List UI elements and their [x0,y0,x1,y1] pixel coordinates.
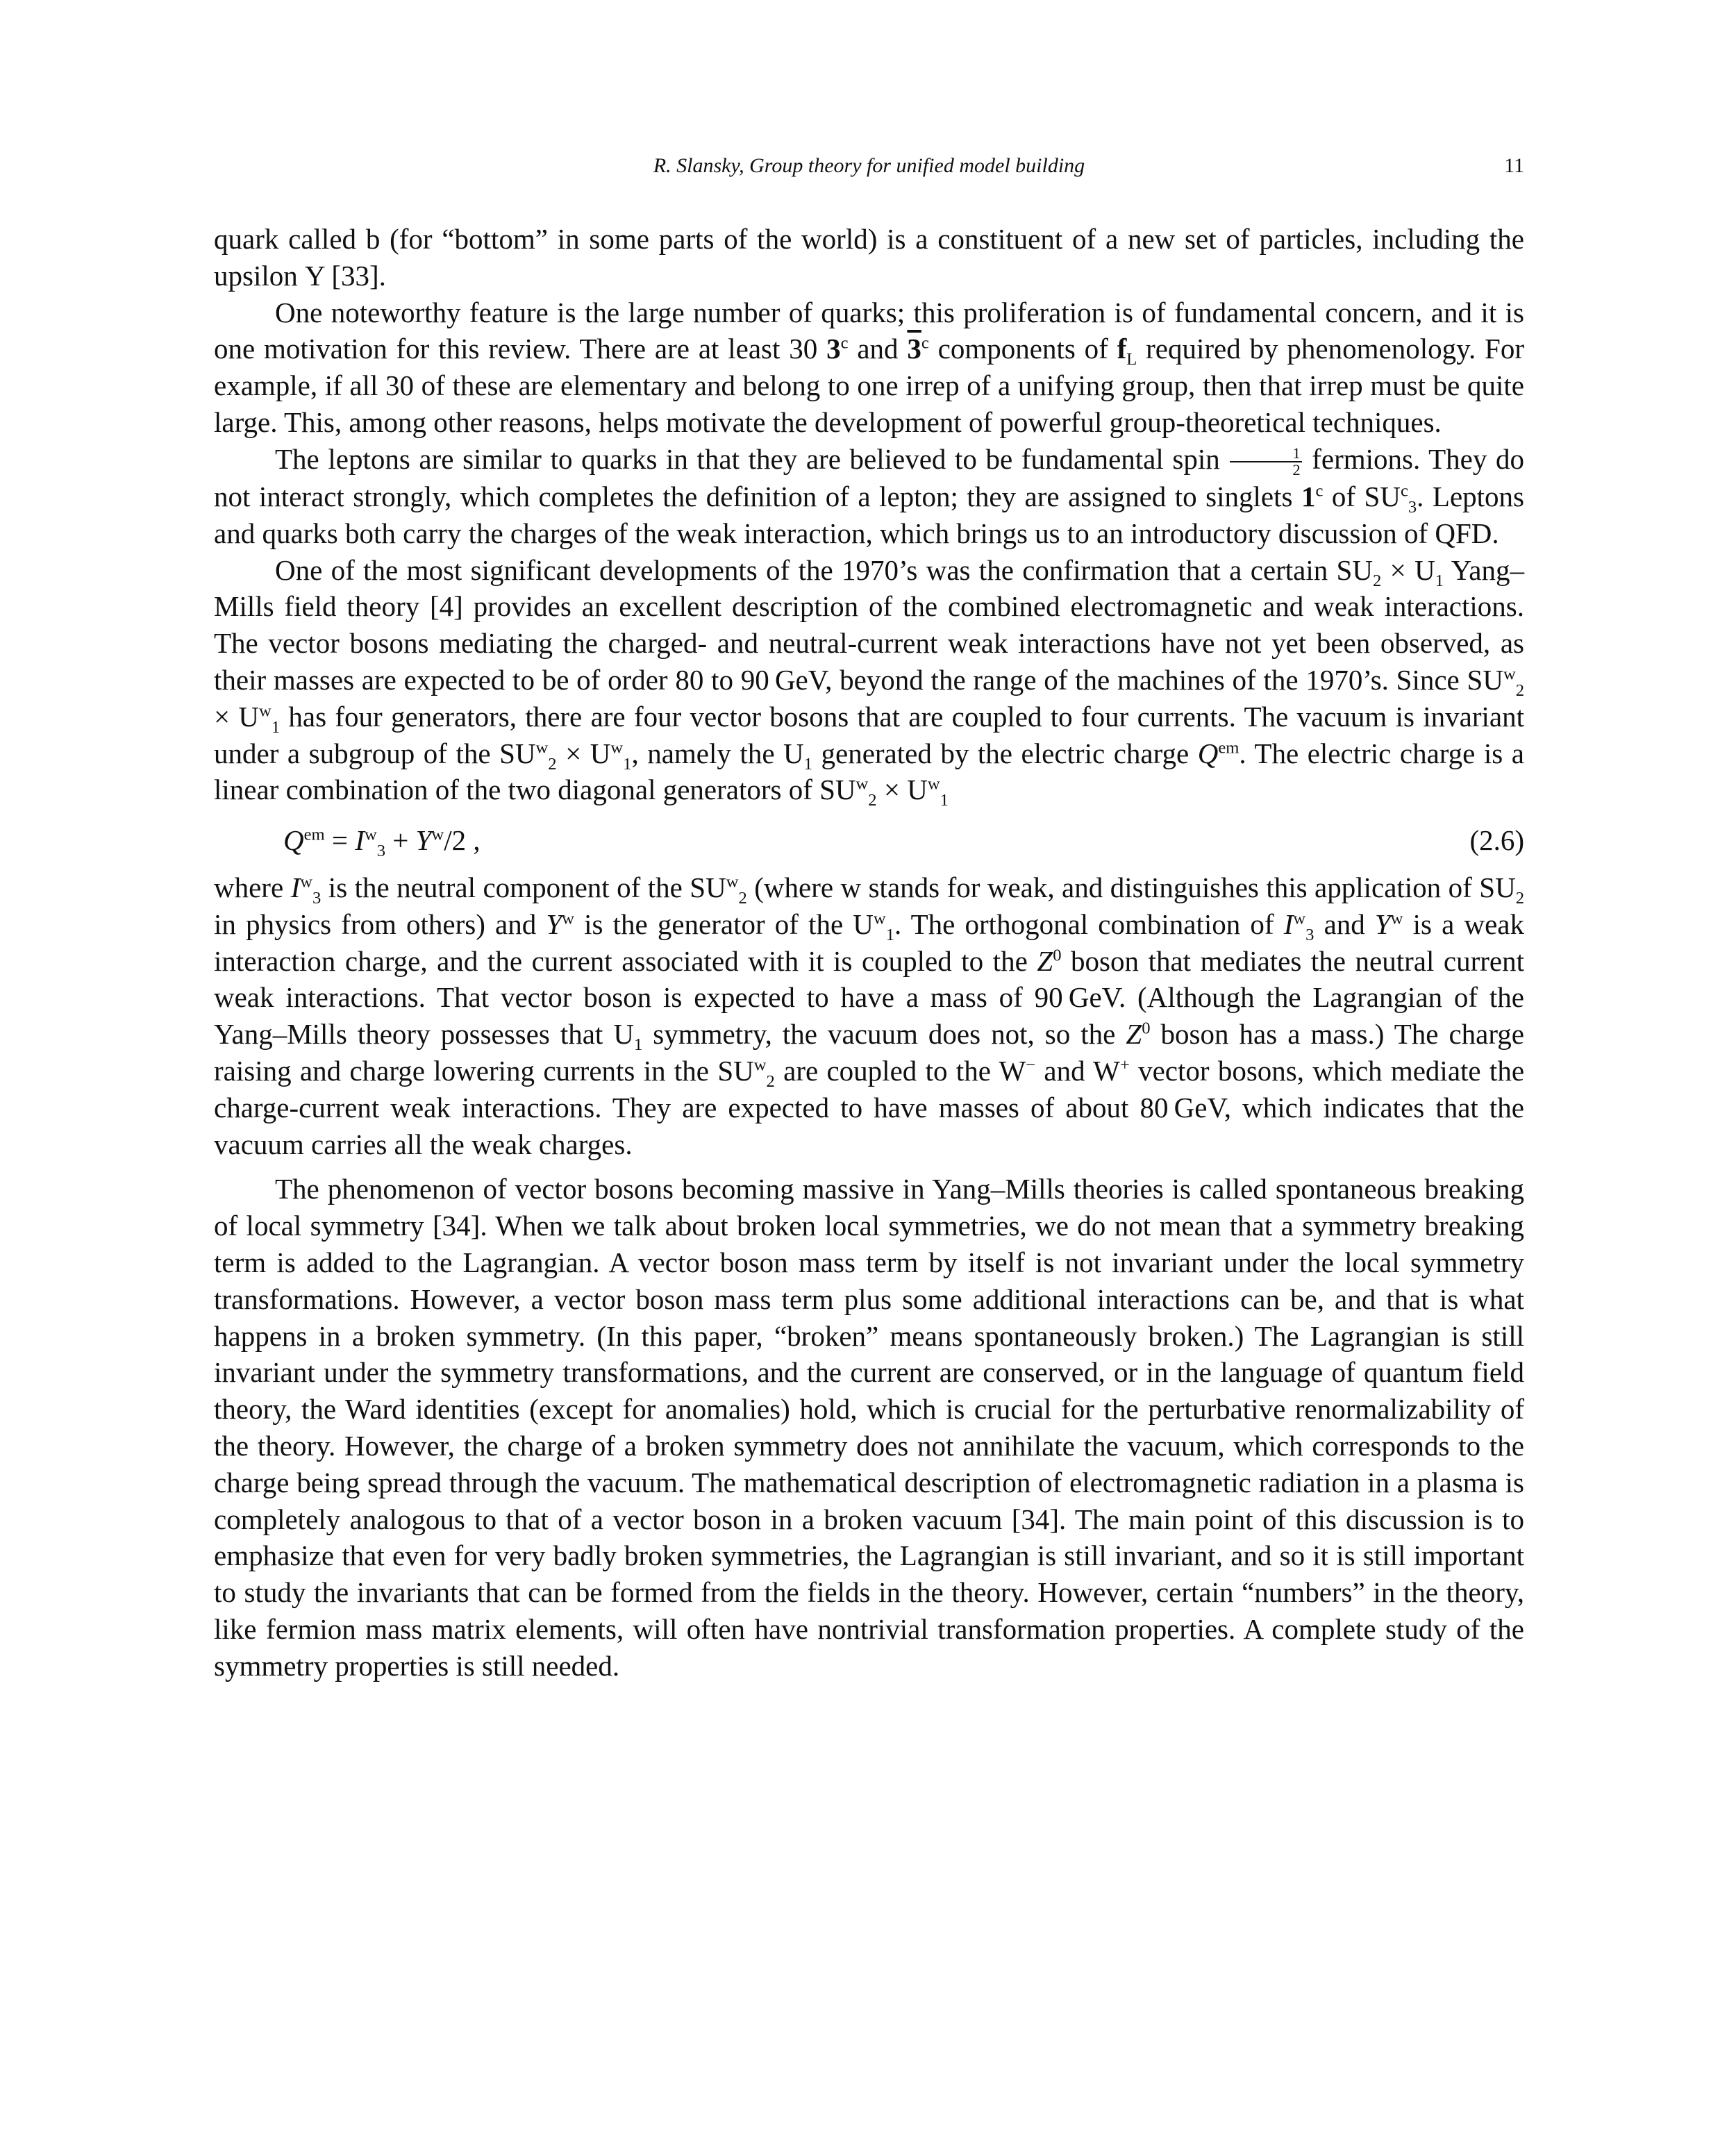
superscript: w [1391,909,1403,928]
text-run: is the generator of the U [574,908,874,940]
fraction-denominator: 2 [1230,462,1301,478]
text-run: One of the most significant developments… [275,554,1373,586]
superscript: w [928,775,940,794]
isospin-I-symbol: I [291,871,301,903]
paragraph-weak-charges: where Iw3 is the neutral component of th… [214,869,1524,1162]
subscript: 2 [738,889,746,908]
eq-rest: /2 , [444,824,480,856]
paragraph-quark-proliferation: One noteworthy feature is the large numb… [214,294,1524,441]
text-run: × U [214,701,259,733]
superscript: w [536,738,549,757]
fraction-numerator: 1 [1230,446,1301,463]
document-page: R. Slansky, Group theory for unified mod… [0,0,1736,2138]
subscript: L [1126,351,1137,369]
subscript: 2 [1373,571,1381,590]
running-title: R. Slansky, Group theory for unified mod… [214,154,1524,178]
equation-number: (2.6) [1469,822,1524,859]
superscript: w [856,775,869,794]
text-run: The leptons are similar to quarks in tha… [275,443,1228,475]
superscript: w [726,872,739,891]
paragraph-spontaneous-breaking: The phenomenon of vector bosons becoming… [214,1171,1524,1684]
eq-equals: = [325,824,356,856]
superscript: w [562,909,574,928]
text-run: symmetry, the vacuum does not, so the [642,1018,1126,1050]
superscript: c [841,334,849,353]
body-text: quark called b (for “bottom” in some par… [214,221,1524,1685]
superscript: c [1401,481,1408,500]
subscript: 3 [1408,498,1417,517]
subscript: 1 [886,926,894,944]
text-run: generated by the electric charge [812,737,1198,769]
superscript: + [1120,1055,1130,1074]
superscript: c [1315,481,1323,500]
text-run: and [1314,908,1375,940]
text-run: . The orthogonal combination of [894,908,1284,940]
superscript: w [610,738,623,757]
fraction-one-half: 12 [1230,446,1301,478]
eq-I: I [355,824,365,856]
equation-body: Qem = Iw3 + Yw/2 , [283,822,481,859]
text-run: is the neutral component of the SU [321,871,726,903]
text-run: (where w stands for weak, and distinguis… [747,871,1516,903]
subscript: 3 [312,889,321,908]
text-run: and W [1035,1055,1120,1087]
paragraph-electroweak: One of the most significant developments… [214,552,1524,809]
running-header: R. Slansky, Group theory for unified mod… [214,151,1524,186]
eq-Q: Q [283,824,304,856]
superscript: w [365,825,377,844]
subscript: 2 [1516,889,1524,908]
subscript: 1 [804,755,812,774]
hypercharge-Y-symbol: Y [546,908,562,940]
text-run: × U [557,737,611,769]
paragraph-continuation: quark called b (for “bottom” in some par… [214,221,1524,294]
text-run: of SU [1323,481,1401,512]
text-run: are coupled to the W [775,1055,1026,1087]
subscript: 3 [1305,926,1314,944]
subscript: 1 [940,791,949,810]
paragraph-text: The phenomenon of vector bosons becoming… [214,1173,1524,1681]
superscript: w [1503,665,1516,683]
text-run: and [849,333,908,365]
subscript: 3 [377,842,385,860]
subscript: 1 [623,755,631,774]
superscript: w [431,825,444,844]
text-run: × U [1381,554,1435,586]
superscript: w [754,1055,767,1074]
text-run: where [214,871,291,903]
superscript: em [304,825,325,844]
irrep-3bar-symbol: 3 [907,333,921,365]
superscript: w [259,701,272,720]
z-boson-symbol: Z [1126,1018,1142,1050]
eq-plus: + [385,824,416,856]
subscript: 2 [548,755,556,774]
hypercharge-Y-symbol: Y [1375,908,1391,940]
irrep-3-symbol: 3 [826,333,841,365]
z-boson-symbol: Z [1037,945,1053,977]
text-run: × U [877,774,928,805]
subscript: 2 [868,791,876,810]
equation-2-6: Qem = Iw3 + Yw/2 , (2.6) [214,818,1524,861]
superscript: w [874,909,886,928]
subscript: 1 [1435,571,1444,590]
subscript: 2 [1516,681,1524,700]
paragraph-leptons: The leptons are similar to quarks in tha… [214,441,1524,552]
superscript: w [300,872,312,891]
charge-Q-symbol: Q [1198,737,1219,769]
paragraph-text: quark called b (for “bottom” in some par… [214,223,1524,292]
superscript: 0 [1053,946,1061,964]
text-run: components of [929,333,1117,365]
page-number: 11 [1504,154,1524,178]
superscript: c [921,334,929,353]
eq-Y: Y [416,824,432,856]
text-run: in physics from others) and [214,908,546,940]
superscript: em [1218,738,1239,757]
superscript: − [1026,1055,1035,1074]
isospin-I-symbol: I [1284,908,1294,940]
subscript: 2 [767,1072,775,1091]
irrep-1-symbol: 1 [1301,481,1316,512]
text-run: , namely the U [631,737,803,769]
superscript: 0 [1142,1019,1150,1038]
fL-symbol: f [1117,333,1127,365]
subscript: 1 [634,1035,642,1054]
subscript: 1 [272,718,280,737]
superscript: w [1293,909,1305,928]
